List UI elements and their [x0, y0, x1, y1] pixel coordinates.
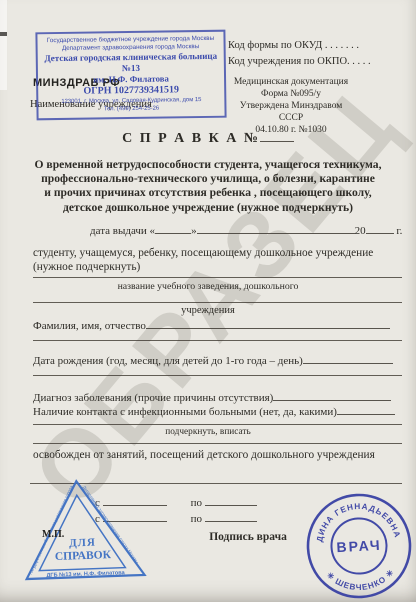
rule-underline-caption-top [33, 424, 402, 425]
rule-birth [33, 375, 402, 376]
diagnosis-row: Диагноз заболевания (прочие причины отсу… [33, 390, 391, 404]
to-label: по [191, 497, 202, 509]
doctor-round-stamp: ДИНА ГЕННАДЬЕВНА ✳ ШЕВЧЕНКО ✳ ВРАЧ [300, 487, 416, 602]
full-name-blank [146, 318, 390, 329]
doctor-signature-label: Подпись врача [178, 531, 318, 543]
birth-date-row: Дата рождения (год, месяц, для детей до … [33, 353, 393, 367]
issue-year-suffix: г. [396, 225, 402, 237]
scan-edge [0, 0, 7, 90]
diagnosis-blank [273, 390, 391, 401]
subtitle-line2: профессионально-технического училища, о … [0, 172, 416, 186]
okpo-code-line: Код учреждения по ОКПО. . . . . [228, 56, 371, 67]
to-label: по [191, 513, 202, 525]
okud-code-line: Код формы по ОКУД . . . . . . . [228, 40, 359, 51]
issue-month-blank [197, 223, 355, 234]
scanned-medical-certificate: ОБРАЗЕЦ Государственное бюджетное учрежд… [0, 0, 416, 602]
school-caption2: учреждения [0, 305, 416, 316]
rule-school-1 [33, 277, 402, 278]
full-name-label: Фамилия, имя, отчество [33, 320, 146, 332]
issue-date-label: дата выдачи « [90, 225, 155, 237]
mp-seal-label: М.П. [42, 529, 64, 540]
triangle-spravok-stamp: Государственное бюджетное учреждение гор… [20, 476, 148, 584]
stamp-phone: Тел. (499) 254-25-26 [38, 105, 224, 115]
issue-day-blank [155, 223, 191, 234]
rule-school-2 [33, 302, 402, 303]
issue-year-prefix: 20 [355, 225, 366, 237]
student-label-line1: студенту, учащемуся, ребенку, посещающем… [33, 247, 373, 259]
rule-name [33, 340, 402, 341]
stamp-ogrn: ОГРН 1027739341519 [38, 83, 224, 99]
medical-doc-block: Медицинская документация Форма №095/у Ут… [232, 76, 350, 136]
doc-approved: Утверждена Минздравом СССР [232, 100, 350, 124]
to-blank-1 [205, 495, 257, 506]
scan-edge-mark [0, 32, 7, 36]
student-label-line2: (нужное подчеркнуть) [33, 261, 140, 273]
full-name-row: Фамилия, имя, отчество [33, 318, 390, 332]
certificate-title: С П Р А В К А № [0, 131, 416, 147]
infection-contact-label: Наличие контакта с инфекционными больным… [33, 406, 337, 418]
stamp-hospital-name: Детская городская клиническая больница №… [38, 51, 224, 76]
infection-contact-blank [337, 404, 395, 415]
underline-caption: подчеркнуть, вписать [0, 427, 416, 437]
infection-contact-row: Наличие контакта с инфекционными больным… [33, 404, 395, 418]
rule-underline-caption-bottom [33, 443, 402, 444]
title-number-blank [260, 131, 294, 142]
birth-date-label: Дата рождения (год, месяц, для детей до … [33, 355, 303, 367]
doc-line1: Медицинская документация [232, 76, 350, 88]
school-caption1: название учебного заведения, дошкольного [0, 281, 416, 292]
released-label: освобожден от занятий, посещений детског… [33, 449, 375, 461]
triangle-center-line1: ДЛЯ [69, 537, 96, 550]
triangle-center-line2: СПРАВОК [55, 549, 112, 563]
issue-year-blank [366, 223, 394, 234]
title-text: С П Р А В К А № [122, 131, 260, 146]
subtitle-line3: и прочих причинах отсутствия ребенка , п… [0, 186, 416, 200]
doctor-title-text: ВРАЧ [336, 537, 382, 555]
subtitle-line1: О временной нетрудоспособности студента,… [0, 158, 416, 172]
birth-date-blank [303, 353, 393, 364]
hospital-rect-stamp: Государственное бюджетное учреждение гор… [35, 30, 226, 121]
to-blank-2 [205, 511, 257, 522]
subtitle-line4: детское дошкольное учреждение (нужное по… [0, 201, 416, 215]
issue-date-row: дата выдачи «»20 г. [90, 223, 402, 237]
doc-form-number: Форма №095/у [232, 88, 350, 100]
certificate-subtitle: О временной нетрудоспособности студента,… [0, 158, 416, 215]
diagnosis-label: Диагноз заболевания (прочие причины отсу… [33, 392, 273, 404]
